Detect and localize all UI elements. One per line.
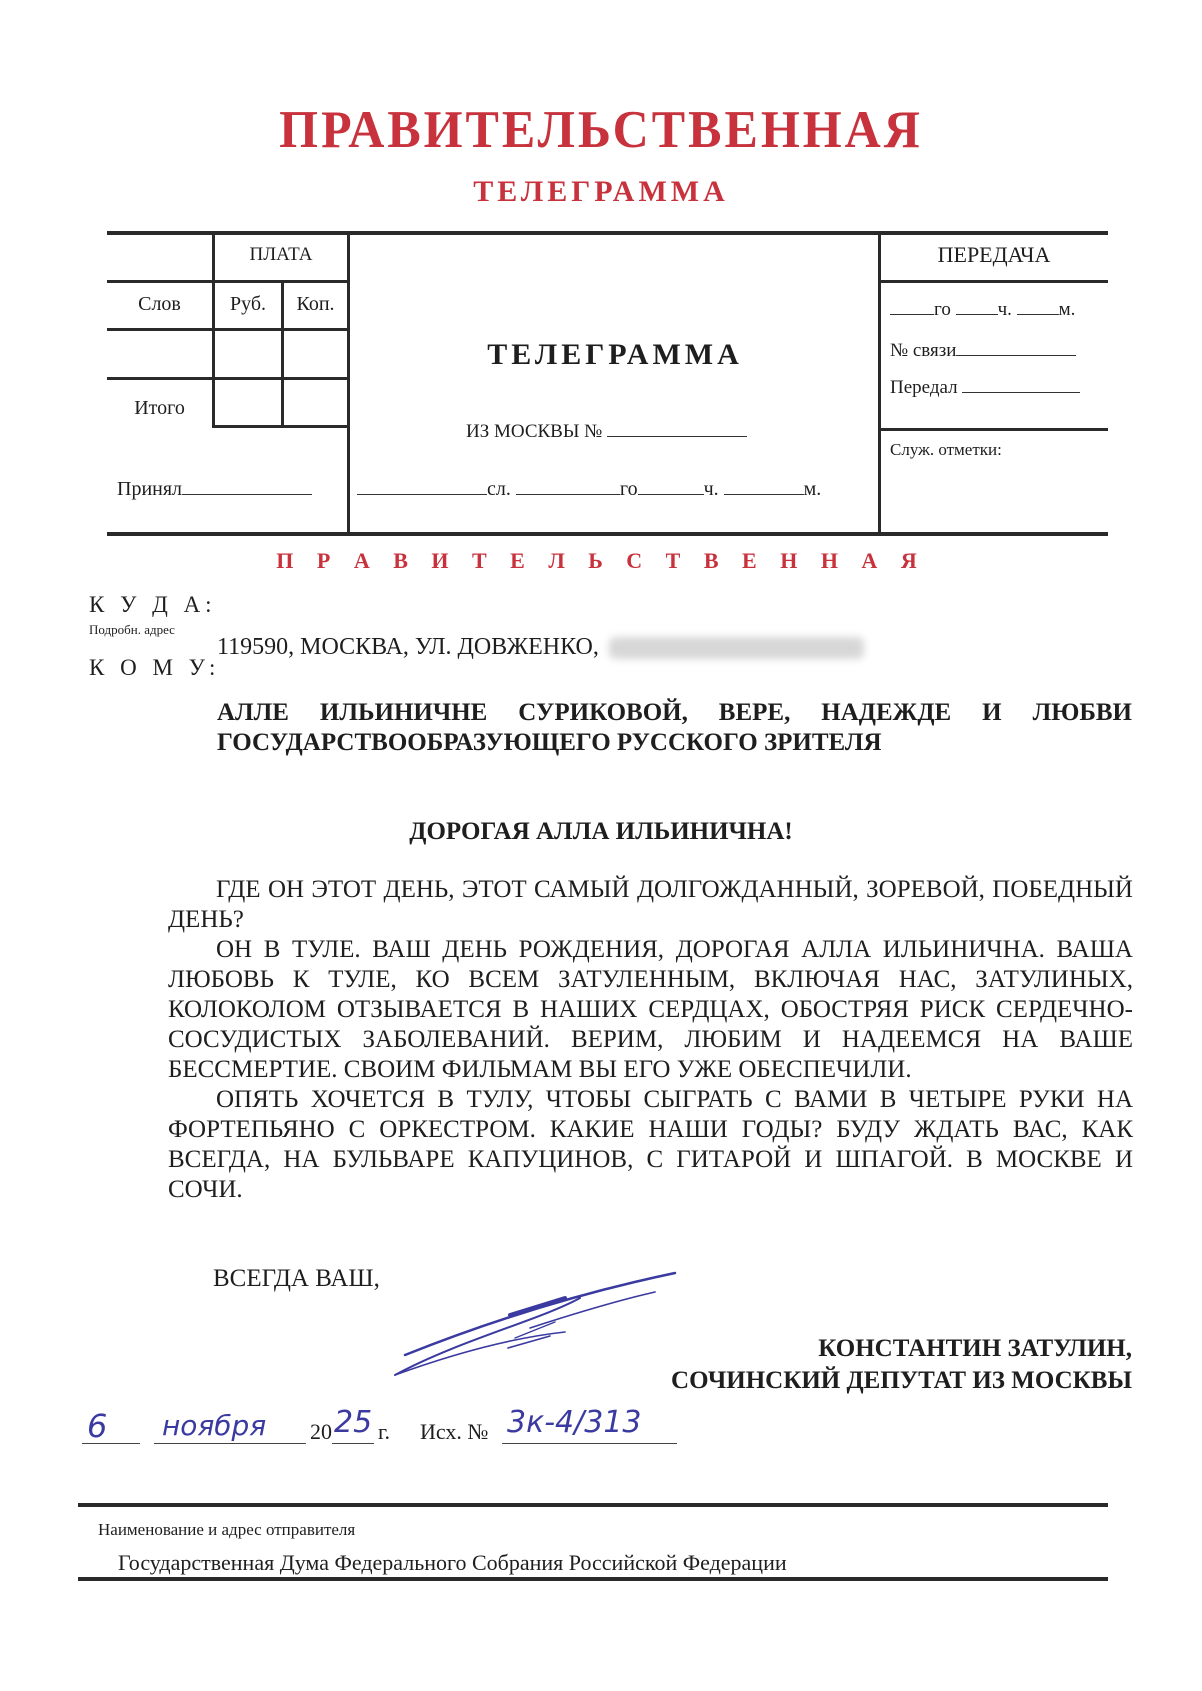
outgoing-number-handwritten: 3к-4/313 xyxy=(507,1405,642,1440)
hour-abbr: ч. xyxy=(704,478,719,500)
kop-label: Коп. xyxy=(284,293,347,316)
where-label: К У Д А: xyxy=(89,592,217,618)
signer-title: СОЧИНСКИЙ ДЕПУТАТ ИЗ МОСКВЫ xyxy=(671,1365,1132,1397)
words-abbr: сл. xyxy=(487,478,511,500)
form-top-border xyxy=(107,231,350,235)
telegram-center-title: ТЕЛЕГРАММА xyxy=(350,338,880,372)
year-handwritten: 25 xyxy=(334,1405,372,1440)
outgoing-underline xyxy=(502,1443,677,1444)
divider xyxy=(107,280,350,283)
addressee: АЛЛЕ ИЛЬИНИЧНЕ СУРИКОВОЙ, ВЕРЕ, НАДЕЖДЕ … xyxy=(217,698,1132,758)
day-handwritten: 6 xyxy=(87,1407,107,1445)
paragraph: ОПЯТЬ ХОЧЕТСЯ В ТУЛУ, ЧТОБЫ СЫГРАТЬ С ВА… xyxy=(168,1085,1133,1205)
signer-block: КОНСТАНТИН ЗАТУЛИН, СОЧИНСКИЙ ДЕПУТАТ ИЗ… xyxy=(671,1333,1132,1397)
from-moscow-field[interactable]: ИЗ МОСКВЫ № xyxy=(466,420,747,443)
classification-label: П Р А В И Т Е Л Ь С Т В Е Н Н А Я xyxy=(0,548,1202,574)
divider xyxy=(107,377,350,380)
to-label: К О М У: xyxy=(89,655,220,681)
month-underline xyxy=(154,1443,306,1444)
sender-top-border xyxy=(78,1503,1108,1507)
redacted-address xyxy=(609,637,864,659)
service-marks-label: Служ. отметки: xyxy=(890,440,1002,460)
paragraph: ОН В ТУЛЕ. ВАШ ДЕНЬ РОЖДЕНИЯ, ДОРОГАЯ АЛ… xyxy=(168,935,1133,1085)
sender-label: Наименование и адрес отправителя xyxy=(98,1520,355,1540)
from-moscow-label: ИЗ МОСКВЫ № xyxy=(466,421,602,442)
detailed-address-label: Подробн. адрес xyxy=(89,622,175,638)
sender-name: Государственная Дума Федерального Собран… xyxy=(118,1550,787,1576)
form-bottom-border xyxy=(107,532,1108,536)
minute-abbr: м. xyxy=(1059,299,1076,320)
form-top-border-right xyxy=(880,231,1108,235)
sender-bottom-border xyxy=(78,1577,1108,1581)
signer-name: КОНСТАНТИН ЗАТУЛИН, xyxy=(671,1333,1132,1365)
signature-icon xyxy=(390,1270,690,1400)
divider xyxy=(880,428,1108,431)
hour-abbr: ч. xyxy=(998,299,1012,320)
closing: ВСЕГДА ВАШ, xyxy=(213,1265,380,1293)
day-abbr: го xyxy=(934,299,951,320)
document-subtitle: ТЕЛЕГРАММА xyxy=(0,175,1202,209)
document-title: ПРАВИТЕЛЬСТВЕННАЯ xyxy=(0,99,1202,160)
accepted-label: Принял xyxy=(117,478,182,500)
outgoing-label: Исх. № xyxy=(420,1419,488,1445)
year-prefix: 20 xyxy=(310,1419,332,1445)
sent-by-field[interactable]: Передал xyxy=(890,376,1080,399)
paragraph: ГДЕ ОН ЭТОТ ДЕНЬ, ЭТОТ САМЫЙ ДОЛГОЖДАННЫ… xyxy=(168,875,1133,935)
year-suffix: г. xyxy=(378,1419,390,1445)
divider xyxy=(878,231,881,536)
day-abbr: го xyxy=(620,478,638,500)
dispatch-line: 6 ноября 20 25 г. Исх. № 3к-4/313 xyxy=(82,1413,782,1453)
form-top-border-center xyxy=(350,231,880,235)
minute-abbr: м. xyxy=(804,478,822,500)
transmission-time-fields[interactable]: го ч. м. xyxy=(890,298,1075,321)
link-number-label: № связи xyxy=(890,340,956,361)
day-underline xyxy=(82,1443,140,1444)
accepted-field[interactable]: Принял xyxy=(117,478,312,501)
words-label: Слов xyxy=(107,293,212,316)
divider xyxy=(107,328,350,331)
timestamp-fields[interactable]: сл. гоч. м. xyxy=(357,478,821,501)
divider xyxy=(347,231,350,536)
letter-body: ГДЕ ОН ЭТОТ ДЕНЬ, ЭТОТ САМЫЙ ДОЛГОЖДАННЫ… xyxy=(168,875,1133,1205)
recipient-address: 119590, МОСКВА, УЛ. ДОВЖЕНКО, xyxy=(217,634,864,661)
divider xyxy=(880,280,1108,283)
greeting: ДОРОГАЯ АЛЛА ИЛЬИНИЧНА! xyxy=(0,818,1202,846)
transmission-header: ПЕРЕДАЧА xyxy=(880,242,1108,268)
year-underline xyxy=(332,1443,374,1444)
rub-label: Руб. xyxy=(215,293,281,316)
address-text: 119590, МОСКВА, УЛ. ДОВЖЕНКО, xyxy=(217,634,599,660)
payment-header: ПЛАТА xyxy=(215,244,347,266)
sent-by-label: Передал xyxy=(890,377,958,398)
month-handwritten: ноября xyxy=(162,1409,266,1442)
link-number-field[interactable]: № связи xyxy=(890,339,1076,362)
total-label: Итого xyxy=(107,397,212,420)
